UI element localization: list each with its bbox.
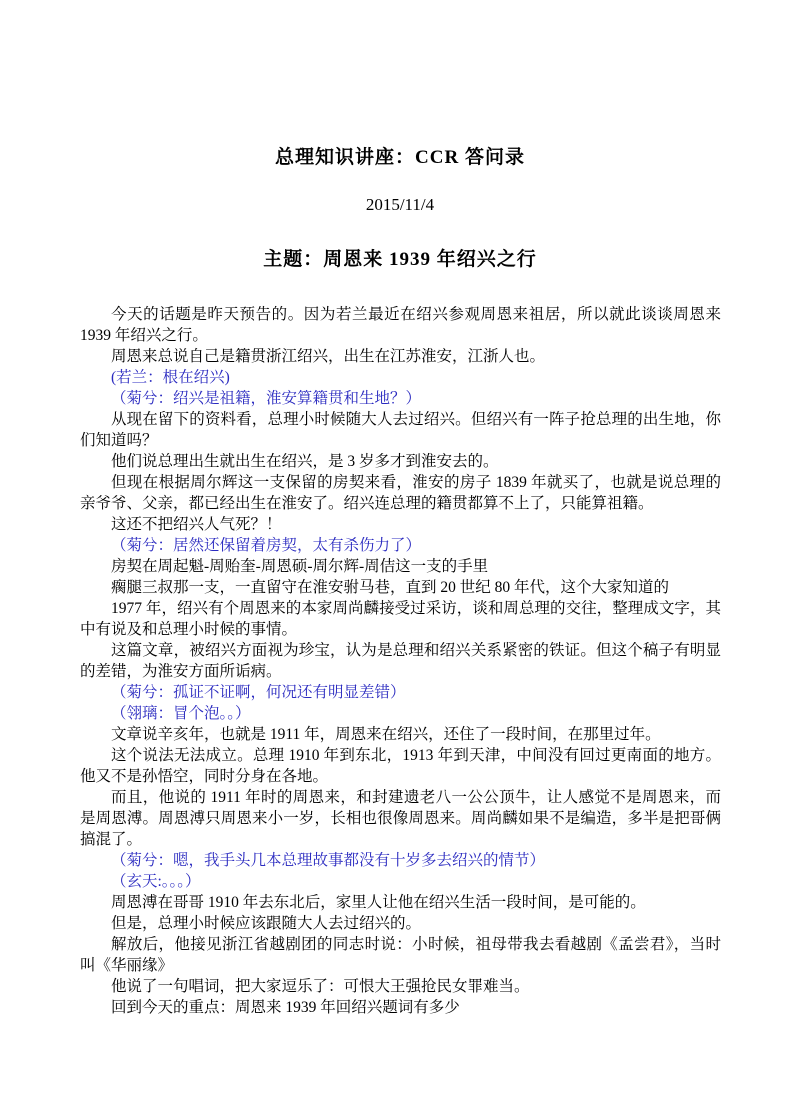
body-paragraph: 周恩来总说自己是籍贯浙江绍兴，出生在江苏淮安，江浙人也。 [80,346,721,367]
document-title: 总理知识讲座：CCR 答问录 [0,0,800,169]
body-paragraph: 这个说法无法成立。总理 1910 年到东北，1913 年到天津，中间没有回过更南… [80,745,721,787]
body-paragraph: 1977 年，绍兴有个周恩来的本家周尚麟接受过采访，谈和周总理的交往，整理成文字… [80,598,721,640]
body-paragraph: 文章说辛亥年，也就是 1911 年，周恩来在绍兴，还住了一段时间，在那里过年。 [80,724,721,745]
body-paragraph: 这还不把绍兴人气死？！ [80,514,721,535]
document-page: 总理知识讲座：CCR 答问录 2015/11/4 主题：周恩来 1939 年绍兴… [0,0,800,1100]
body-paragraph: 房契在周起魁-周贻奎-周恩硕-周尔辉-周佶这一支的手里 [80,556,721,577]
dialogue-paragraph: （菊兮：嗯，我手头几本总理故事都没有十岁多去绍兴的情节） [80,850,721,871]
document-date: 2015/11/4 [0,195,800,215]
body-paragraph: 周恩溥在哥哥 1910 年去东北后，家里人让他在绍兴生活一段时间，是可能的。 [80,892,721,913]
body-paragraph: 回到今天的重点：周恩来 1939 年回绍兴题词有多少 [80,997,721,1018]
dialogue-paragraph: （菊兮：绍兴是祖籍，淮安算籍贯和生地？） [80,388,721,409]
dialogue-paragraph: （翎璃：冒个泡。。） [80,703,721,724]
body-paragraph: 但是，总理小时候应该跟随大人去过绍兴的。 [80,913,721,934]
body-paragraph: 解放后，他接见浙江省越剧团的同志时说：小时候，祖母带我去看越剧《孟尝君》，当时叫… [80,934,721,976]
body-paragraph: 今天的话题是昨天预告的。因为若兰最近在绍兴参观周恩来祖居，所以就此谈谈周恩来 1… [80,304,721,346]
body-paragraph: 他们说总理出生就出生在绍兴，是 3 岁多才到淮安去的。 [80,451,721,472]
dialogue-paragraph: （玄天:。。。） [80,871,721,892]
dialogue-paragraph: （菊兮：孤证不证啊，何况还有明显差错） [80,682,721,703]
body-paragraph: 但现在根据周尔辉这一支保留的房契来看，淮安的房子 1839 年就买了，也就是说总… [80,472,721,514]
document-body: 今天的话题是昨天预告的。因为若兰最近在绍兴参观周恩来祖居，所以就此谈谈周恩来 1… [80,304,721,1018]
document-subject: 主题：周恩来 1939 年绍兴之行 [0,249,800,271]
body-paragraph: 从现在留下的资料看，总理小时候随大人去过绍兴。但绍兴有一阵子抢总理的出生地，你们… [80,409,721,451]
body-paragraph: 瘸腿三叔那一支，一直留守在淮安驸马巷，直到 20 世纪 80 年代，这个大家知道… [80,577,721,598]
body-paragraph: 他说了一句唱词，把大家逗乐了：可恨大王强抢民女罪难当。 [80,976,721,997]
dialogue-paragraph: （菊兮：居然还保留着房契，太有杀伤力了） [80,535,721,556]
body-paragraph: 而且，他说的 1911 年时的周恩来，和封建遗老八一公公顶牛，让人感觉不是周恩来… [80,787,721,850]
body-paragraph: 这篇文章，被绍兴方面视为珍宝，认为是总理和绍兴关系紧密的铁证。但这个稿子有明显的… [80,640,721,682]
dialogue-paragraph: (若兰：根在绍兴) [80,367,721,388]
